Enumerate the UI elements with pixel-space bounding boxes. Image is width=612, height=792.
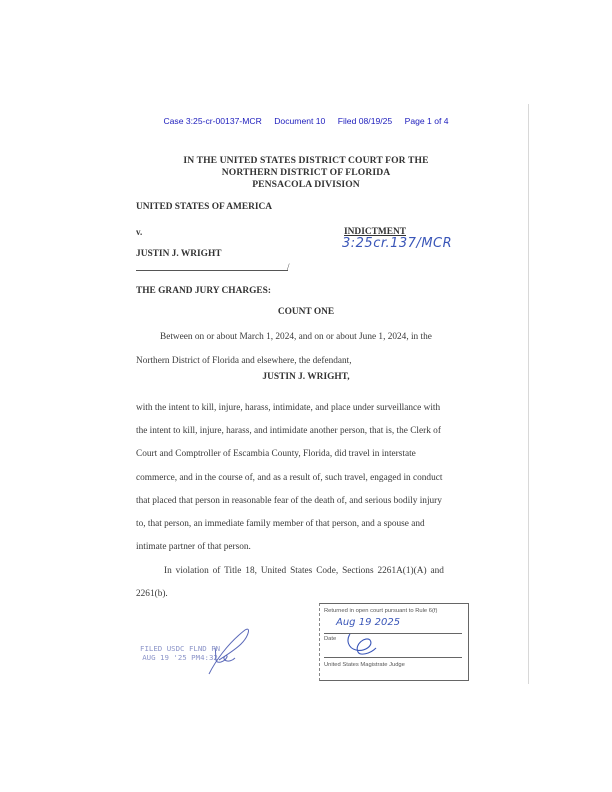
paragraph1-line2: Northern District of Florida and elsewhe… [136,355,472,367]
caption-rule [136,270,288,271]
page-indicator: Page 1 of 4 [405,116,449,126]
paragraph2-line7: intimate partner of that person. [136,541,472,553]
paragraph2-line1: with the intent to kill, injure, harass,… [136,402,472,414]
court-line-1: IN THE UNITED STATES DISTRICT COURT FOR … [0,155,612,167]
defendant: JUSTIN J. WRIGHT [136,249,222,259]
versus: v. [136,227,142,237]
paragraph2-line5: that placed that person in reasonable fe… [136,495,472,507]
return-stamp-title: Returned in open court pursuant to Rule … [324,608,437,614]
case-header: Case 3:25-cr-00137-MCR Document 10 Filed… [0,116,612,126]
plaintiff: UNITED STATES OF AMERICA [136,202,272,212]
paragraph2-line4: commerce, and in the course of, and as a… [136,472,472,484]
violation-line1: In violation of Title 18, United States … [164,565,500,577]
document-number: Document 10 [274,116,325,126]
charges-heading: THE GRAND JURY CHARGES: [136,286,271,296]
page-edge [528,104,529,684]
paragraph2-line3: Court and Comptroller of Escambia County… [136,448,472,460]
defendant-name: JUSTIN J. WRIGHT, [0,372,612,382]
clerk-initials [205,626,255,678]
caption-slash: / [287,262,290,272]
paragraph2-line6: to, that person, an immediate family mem… [136,518,472,530]
court-line-2: NORTHERN DISTRICT OF FLORIDA [0,167,612,179]
paragraph2-line2: the intent to kill, injure, harass, and … [136,425,472,437]
handwritten-date: Aug 19 2025 [336,617,400,628]
court-title: IN THE UNITED STATES DISTRICT COURT FOR … [0,155,612,191]
count-heading: COUNT ONE [0,307,612,317]
handwritten-case-number: 3:25cr.137/MCR [342,236,452,251]
court-line-3: PENSACOLA DIVISION [0,179,612,191]
judge-label: United States Magistrate Judge [324,662,405,668]
violation-line2: 2261(b). [136,588,472,600]
case-number: Case 3:25-cr-00137-MCR [163,116,261,126]
judge-line [324,657,462,658]
filed-date: Filed 08/19/25 [338,116,392,126]
return-stamp: Returned in open court pursuant to Rule … [319,603,469,681]
judge-signature [344,630,380,658]
date-label: Date [324,636,336,642]
paragraph1-line1: Between on or about March 1, 2024, and o… [160,331,496,343]
